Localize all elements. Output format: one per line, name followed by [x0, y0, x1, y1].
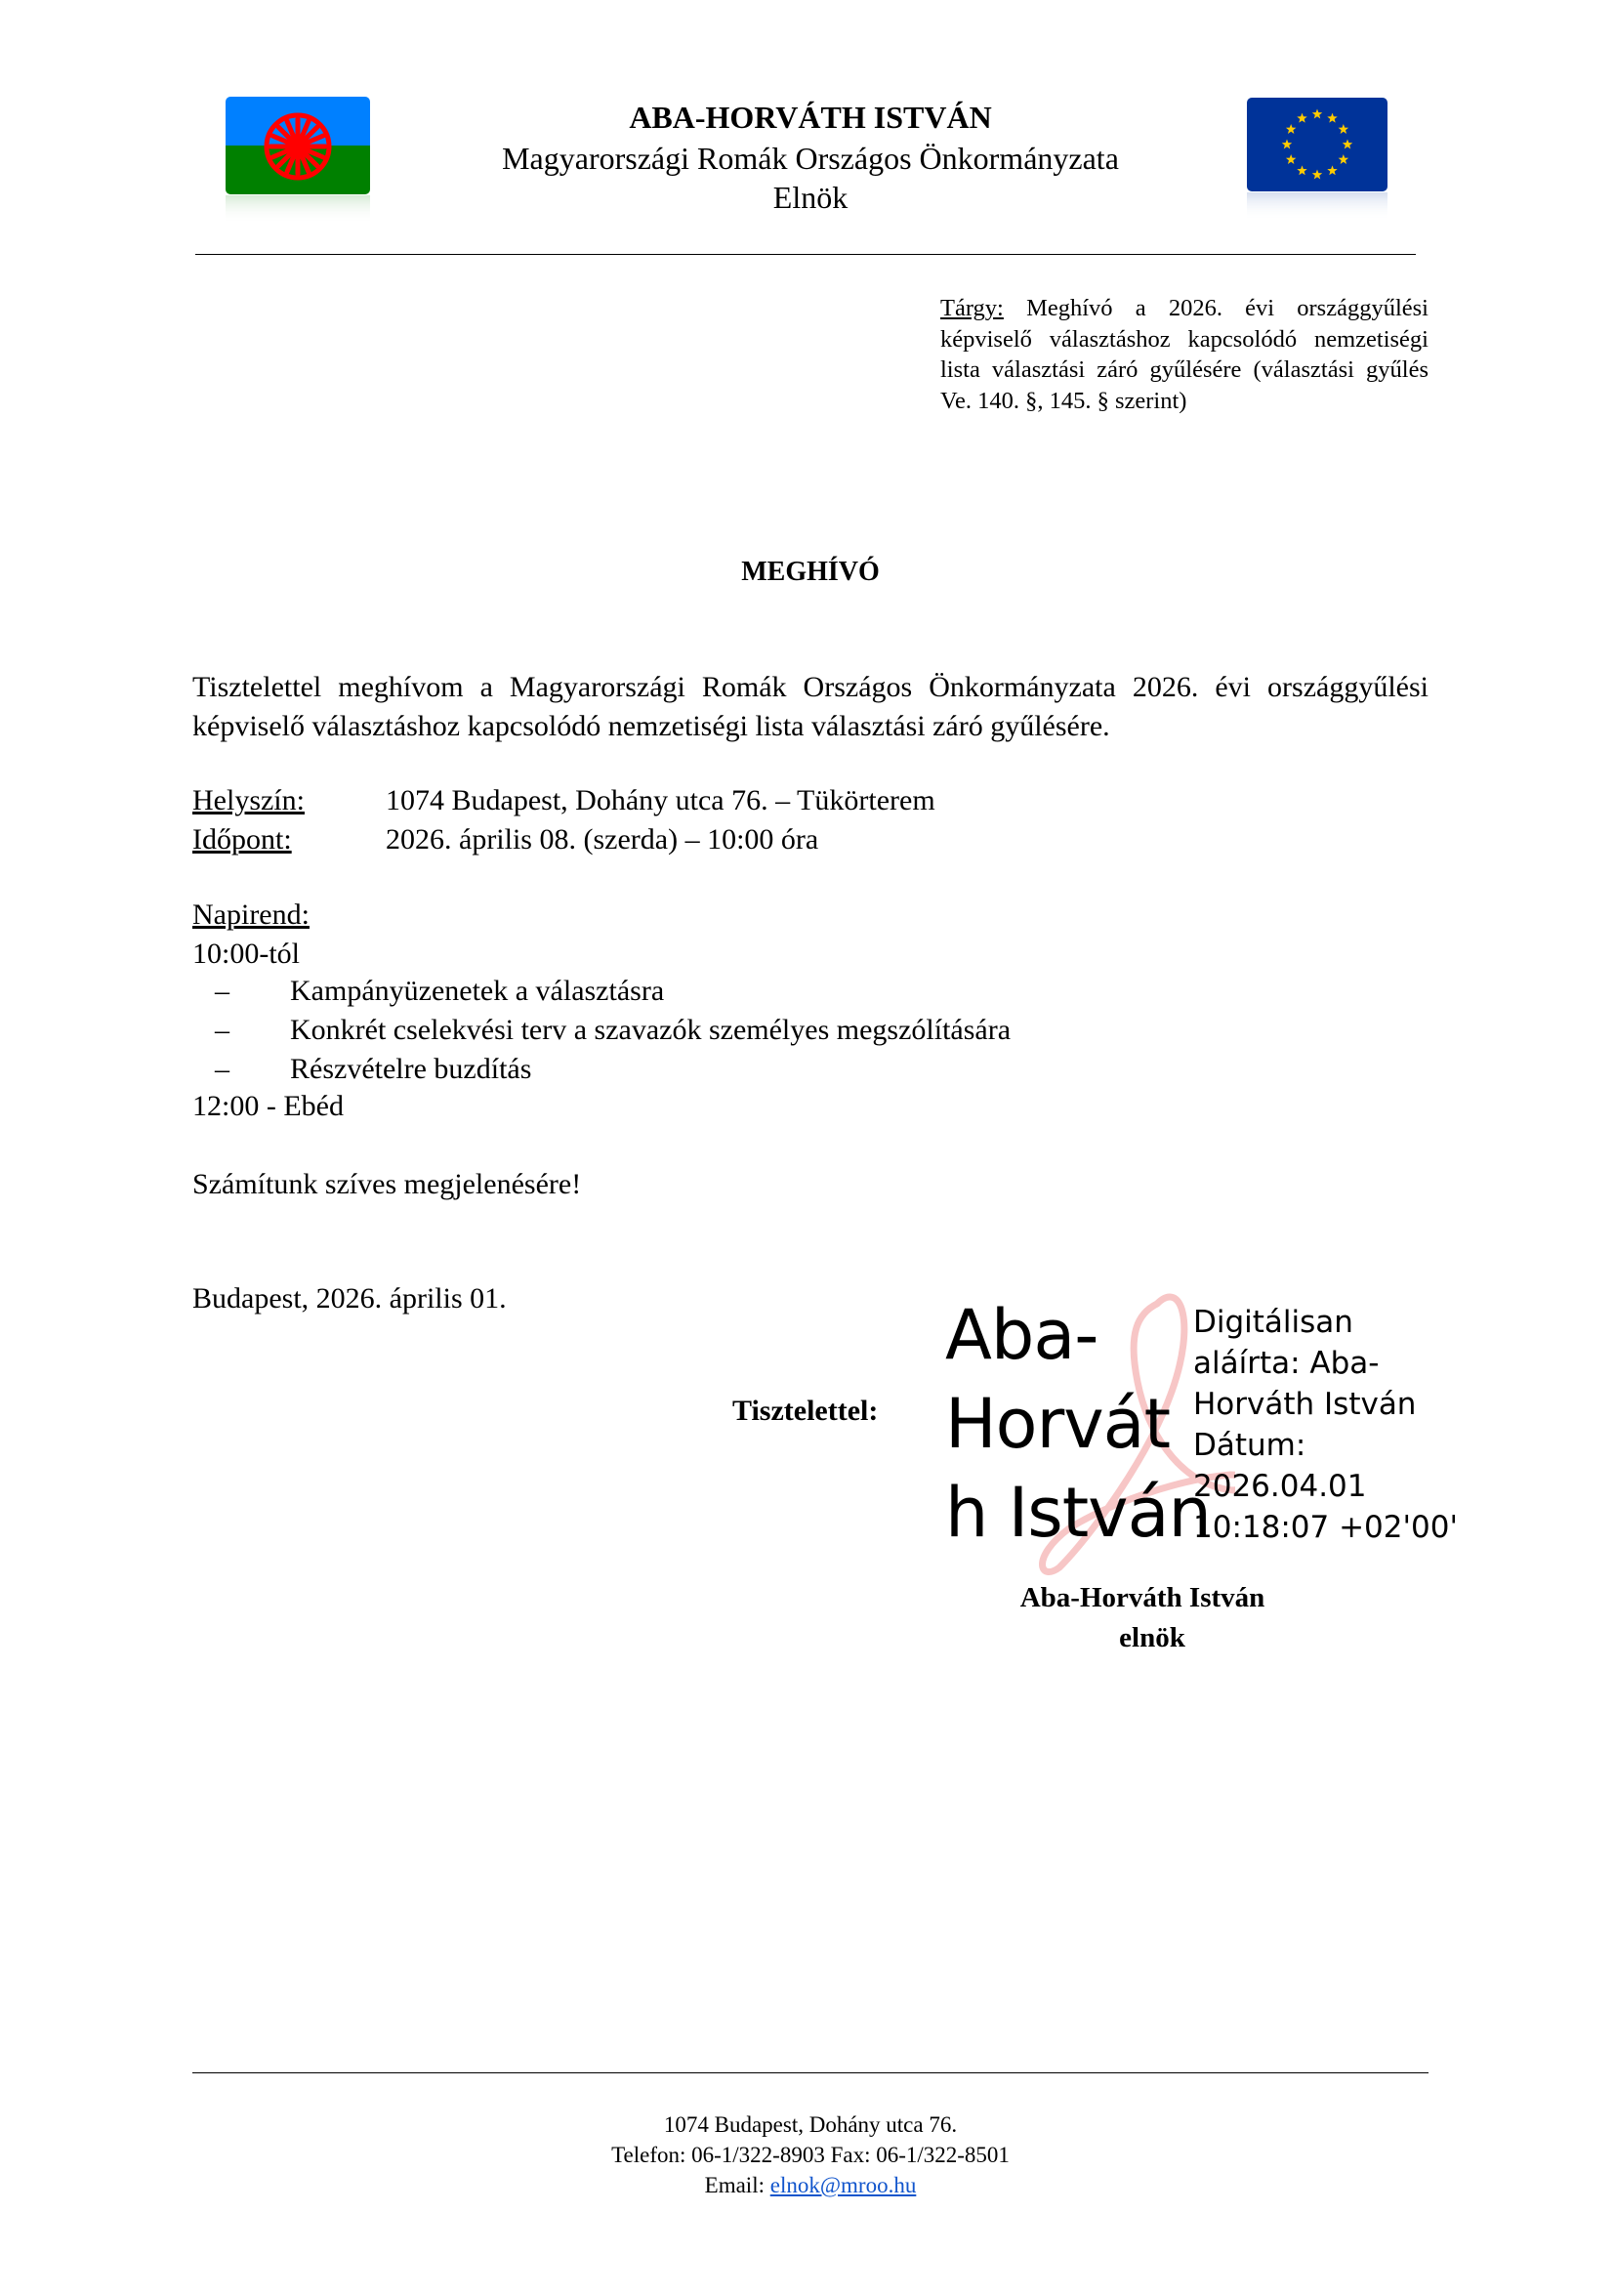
header-organization: Magyarországi Romák Országos Önkormányza… — [420, 139, 1201, 178]
salutation: Tisztelettel: — [732, 1392, 878, 1431]
detail-time: Időpont:2026. április 08. (szerda) – 10:… — [192, 820, 818, 859]
time-label: Időpont: — [192, 820, 386, 859]
time-value: 2026. április 08. (szerda) – 10:00 óra — [386, 823, 818, 856]
signer-display-name: Aba- Horvát h István — [945, 1291, 1211, 1558]
email-link[interactable]: elnok@mroo.hu — [770, 2173, 917, 2197]
detail-location: Helyszín:1074 Budapest, Dohány utca 76. … — [192, 781, 935, 820]
place-date: Budapest, 2026. április 01. — [192, 1279, 507, 1318]
location-value: 1074 Budapest, Dohány utca 76. – Tükörte… — [386, 784, 935, 816]
eu-flag-icon — [1247, 98, 1387, 191]
signer-name: Aba-Horváth István — [908, 1578, 1377, 1617]
eu-flag-reflection — [1247, 192, 1387, 220]
document-title: MEGHÍVÓ — [615, 557, 1006, 588]
roma-flag-reflection — [226, 195, 370, 223]
bullet-dash: – — [215, 1011, 229, 1050]
digital-signature-info: Digitálisan aláírta: Aba- Horváth István… — [1193, 1302, 1458, 1548]
agenda-label: Napirend: — [192, 896, 310, 935]
signer-title: elnök — [908, 1618, 1396, 1657]
header-divider — [195, 254, 1416, 255]
subject-block: Tárgy: Meghívó a 2026. évi országgyűlési… — [940, 293, 1429, 416]
agenda-item: Konkrét cselekvési terv a szavazók szemé… — [290, 1011, 1011, 1050]
footer-phone-fax: Telefon: 06-1/322-8903 Fax: 06-1/322-850… — [420, 2140, 1201, 2170]
closing-line: Számítunk szíves megjelenésére! — [192, 1165, 581, 1204]
footer-address: 1074 Budapest, Dohány utca 76. — [420, 2109, 1201, 2140]
header-name: ABA-HORVÁTH ISTVÁN — [420, 98, 1201, 137]
bullet-dash: – — [215, 972, 229, 1011]
header-role: Elnök — [420, 178, 1201, 217]
email-label: Email: — [705, 2173, 770, 2197]
agenda-lunch: 12:00 - Ebéd — [192, 1087, 344, 1126]
agenda-start: 10:00-tól — [192, 935, 300, 974]
intro-paragraph: Tisztelettel meghívom a Magyarországi Ro… — [192, 668, 1429, 746]
agenda-item: Kampányüzenetek a választásra — [290, 972, 664, 1011]
location-label: Helyszín: — [192, 781, 386, 820]
roma-flag-icon — [226, 97, 370, 194]
subject-label: Tárgy: — [940, 295, 1004, 321]
footer-divider — [192, 2072, 1429, 2073]
agenda-label-text: Napirend: — [192, 898, 310, 931]
bullet-dash: – — [215, 1050, 229, 1089]
agenda-item: Részvételre buzdítás — [290, 1050, 531, 1089]
footer-email-line: Email: elnok@mroo.hu — [420, 2170, 1201, 2200]
subject-text: Meghívó a 2026. évi országgyűlési képvis… — [940, 295, 1429, 414]
